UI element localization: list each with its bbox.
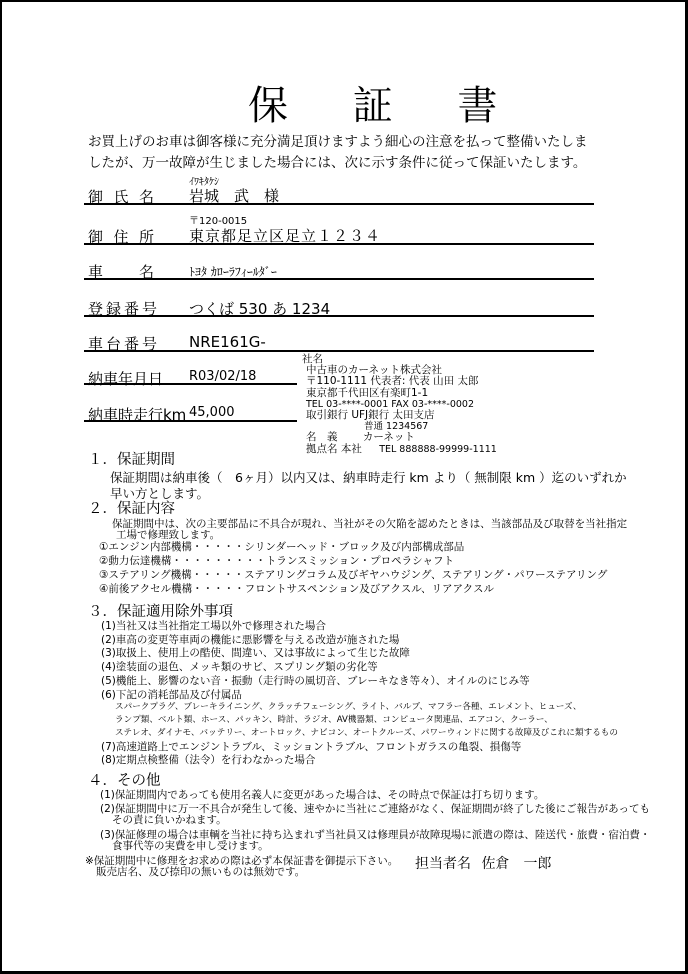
staff-signature: 担当者名 佐倉 一郎 bbox=[415, 853, 551, 873]
company-street: 東京都千代田区有楽町1-1 bbox=[302, 388, 497, 399]
section-3-item-1: (1)当社又は当社指定工場以外で修理された場合 bbox=[101, 618, 326, 633]
section-2-heading: ２．保証内容 bbox=[88, 497, 175, 518]
chassis-underline bbox=[84, 350, 594, 352]
delivery-date: R03/02/18 bbox=[189, 369, 256, 384]
section-1-heading: １．保証期間 bbox=[88, 448, 175, 469]
section-4-item-2-line-2: その責に負いかねます。 bbox=[112, 812, 227, 827]
section-3-item-5: (5)機能上、影響のない音・振動（走行時の風切音、ブレーキなき等々）、オイルのに… bbox=[101, 673, 530, 688]
company-bank: 取引銀行 UFJ銀行 太田支店 bbox=[302, 410, 497, 421]
car-name-underline bbox=[84, 278, 594, 280]
consumables-line-1: スパークプラグ、ブレーキライニング、クラッチフェーシング、ライト、バルブ、マフラ… bbox=[115, 700, 581, 712]
intro-line-1: お買上げのお車は御客様に充分満足頂けますよう細心の注意を払って整備いたしま bbox=[88, 130, 588, 150]
delivery-km: 45,000 bbox=[189, 405, 235, 420]
section-2-item-2: ②動力伝達機構・・・・・・・・・トランスミッション・プロペラシャフト bbox=[99, 553, 454, 568]
section-4-item-1: (1)保証期間内であっても使用名義人に変更があった場合は、その時点で保証は打ち切… bbox=[100, 787, 544, 802]
delivery-date-underline bbox=[84, 383, 297, 385]
account-name: カーネット bbox=[341, 431, 415, 443]
company-address-line: 〒110-1111 代表者: 代表 山田 太郎 bbox=[302, 376, 497, 387]
section-2-item-3: ③ステアリング機構・・・・・ステアリングコラム及びギヤハウジング、ステアリング・… bbox=[99, 567, 607, 582]
company-branch-row: 拠点名 本社 TEL 888888-99999-1111 bbox=[302, 444, 497, 455]
consumables-line-3: ステレオ、ダイナモ、バッテリー、オートロック、ナビコン、オートクルーズ、パワーウ… bbox=[115, 726, 618, 738]
consumables-line-2: ランプ類、ベルト類、ホース、パッキン、時計、ラジオ、AV機器類、コンピュータ関連… bbox=[115, 713, 553, 725]
section-3-item-8: (8)定期点検整備（法令）を行わなかった場合 bbox=[101, 752, 315, 767]
delivery-date-label: 納車年月日 bbox=[88, 368, 163, 389]
branch-name: 拠点名 本社 bbox=[306, 443, 362, 455]
warranty-document: 保 証 書 お買上げのお車は御客様に充分満足頂けますよう細心の注意を払って整備い… bbox=[0, 0, 688, 974]
address-underline bbox=[84, 243, 594, 245]
branch-tel: TEL 888888-99999-1111 bbox=[365, 444, 497, 455]
chassis-number: NRE161G- bbox=[189, 333, 266, 351]
staff-name: 佐倉 一郎 bbox=[475, 856, 551, 872]
section-3-item-4: (4)塗装面の退色、メッキ類のサビ、スプリング類の劣化等 bbox=[101, 659, 378, 674]
name-underline bbox=[84, 203, 594, 205]
document-title: 保 証 書 bbox=[248, 74, 523, 131]
footer-note-line-2: 販売店名、及び捺印の無いものは無効です。 bbox=[96, 864, 305, 879]
staff-label: 担当者名 bbox=[415, 856, 471, 872]
section-3-item-3: (3)取扱上、使用上の酷使、間違い、又は事故によって生じた故障 bbox=[101, 645, 410, 660]
intro-line-2: したが、万一故障が生じました場合には、次に示す条件に従って保証いたします。 bbox=[88, 151, 586, 171]
account-name-label: 名 義 bbox=[306, 431, 338, 443]
section-2-item-1: ①エンジン内部機構・・・・・シリンダーヘッド・ブロック及び内部構成部品 bbox=[99, 539, 464, 554]
company-info: 社名 中古車のカーネット株式会社 〒110-1111 代表者: 代表 山田 太郎… bbox=[302, 354, 497, 455]
section-2-item-4: ④前後アクセル機構・・・・・フロントサスペンション及びアクスル、リアアクスル bbox=[99, 581, 494, 596]
section-4-item-3-line-2: 食事代等の実費を申し受けます。 bbox=[112, 838, 269, 853]
registration-underline bbox=[84, 315, 594, 317]
delivery-km-underline bbox=[84, 420, 297, 422]
